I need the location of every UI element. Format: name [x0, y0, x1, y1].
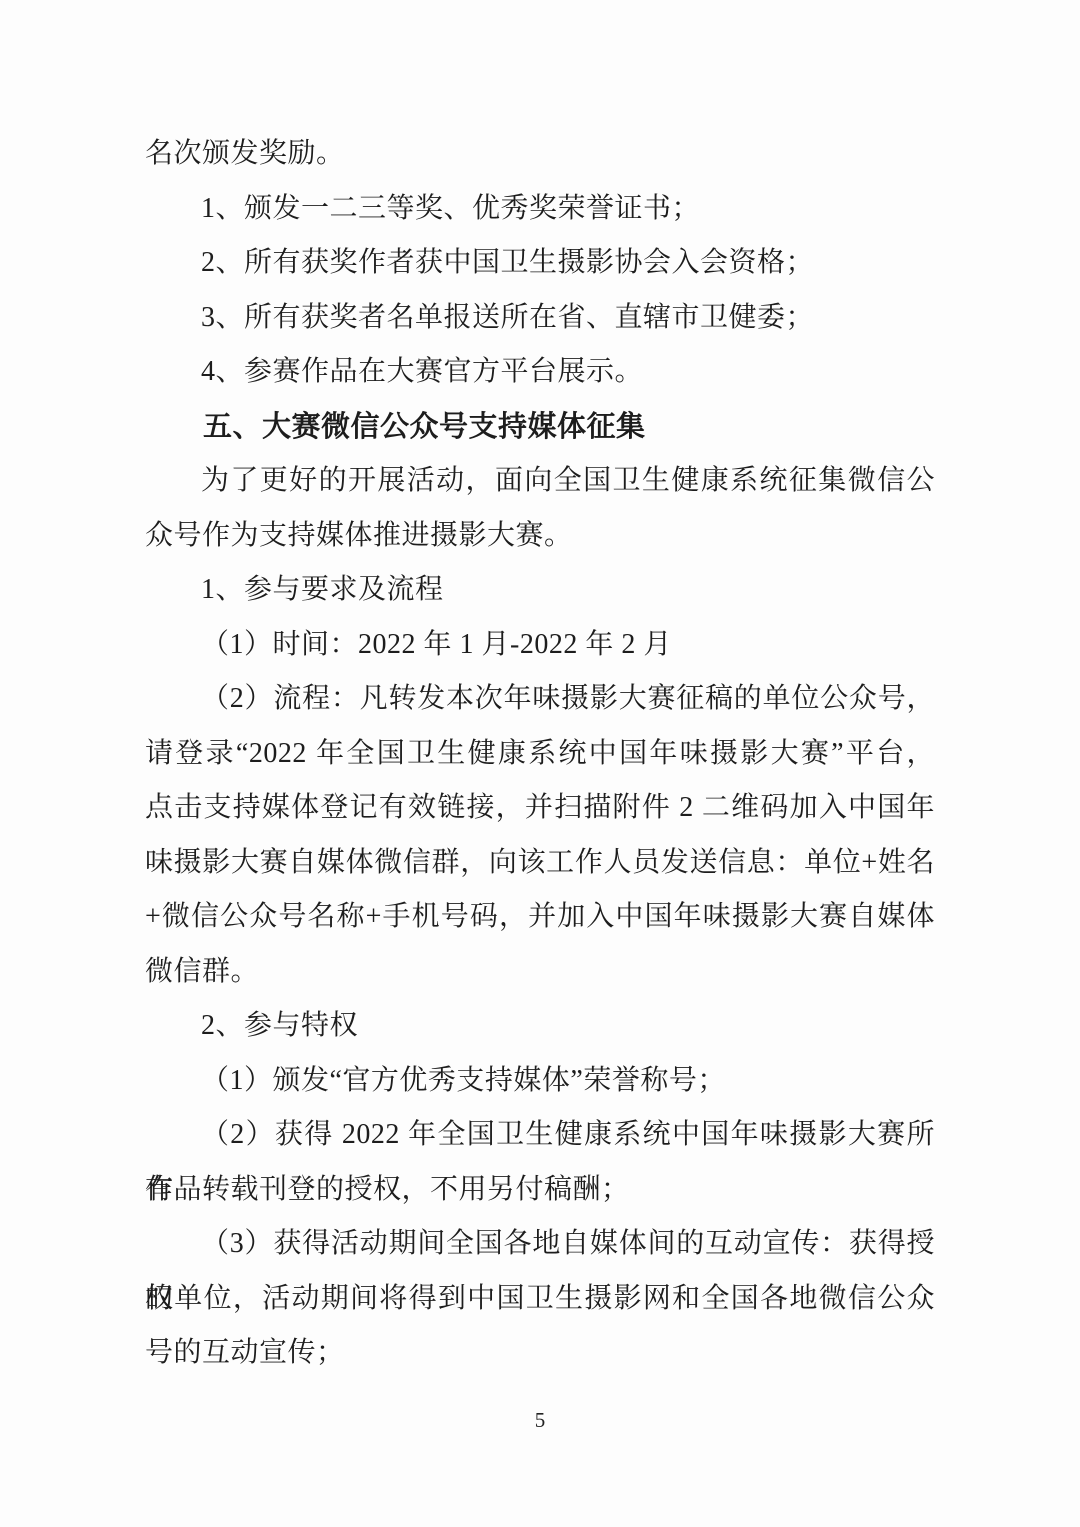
doc-line: （3）获得活动期间全国各地自媒体间的互动宣传：获得授权 [145, 1217, 935, 1272]
page-number: 5 [0, 1406, 1080, 1434]
doc-line: 众号作为支持媒体推进摄影大赛。 [145, 509, 935, 564]
doc-line: 作品转载刊登的授权，不用另付稿酬； [145, 1163, 935, 1218]
doc-line: 请登录“2022 年全国卫生健康系统中国年味摄影大赛”平台， [145, 727, 935, 782]
doc-line: （2）获得 2022 年全国卫生健康系统中国年味摄影大赛所有 [145, 1108, 935, 1163]
doc-line: 点击支持媒体登记有效链接，并扫描附件 2 二维码加入中国年 [145, 781, 935, 836]
doc-line: 2、所有获奖作者获中国卫生摄影协会入会资格； [145, 236, 935, 291]
doc-line: 微信群。 [145, 945, 935, 1000]
doc-line: 1、参与要求及流程 [145, 563, 935, 618]
doc-line: 号的互动宣传； [145, 1326, 935, 1381]
doc-line: 4、参赛作品在大赛官方平台展示。 [145, 345, 935, 400]
doc-line: +微信公众号名称+手机号码，并加入中国年味摄影大赛自媒体 [145, 890, 935, 945]
document-page: 名次颁发奖励。 1、颁发一二三等奖、优秀奖荣誉证书； 2、所有获奖作者获中国卫生… [0, 0, 1080, 1527]
doc-line: 1、颁发一二三等奖、优秀奖荣誉证书； [145, 182, 935, 237]
doc-line: 2、参与特权 [145, 999, 935, 1054]
doc-line: 3、所有获奖者名单报送所在省、直辖市卫健委； [145, 291, 935, 346]
doc-line: 的单位，活动期间将得到中国卫生摄影网和全国各地微信公众 [145, 1272, 935, 1327]
doc-line: （1）颁发“官方优秀支持媒体”荣誉称号； [145, 1054, 935, 1109]
doc-line: 名次颁发奖励。 [145, 127, 935, 182]
doc-line: 味摄影大赛自媒体微信群，向该工作人员发送信息：单位+姓名 [145, 836, 935, 891]
document-body: 名次颁发奖励。 1、颁发一二三等奖、优秀奖荣誉证书； 2、所有获奖作者获中国卫生… [145, 127, 935, 1381]
doc-line: （1）时间：2022 年 1 月-2022 年 2 月 [145, 618, 935, 673]
doc-line: 为了更好的开展活动，面向全国卫生健康系统征集微信公 [145, 454, 935, 509]
section-heading-5: 五、大赛微信公众号支持媒体征集 [145, 400, 935, 455]
doc-line: （2）流程：凡转发本次年味摄影大赛征稿的单位公众号， [145, 672, 935, 727]
